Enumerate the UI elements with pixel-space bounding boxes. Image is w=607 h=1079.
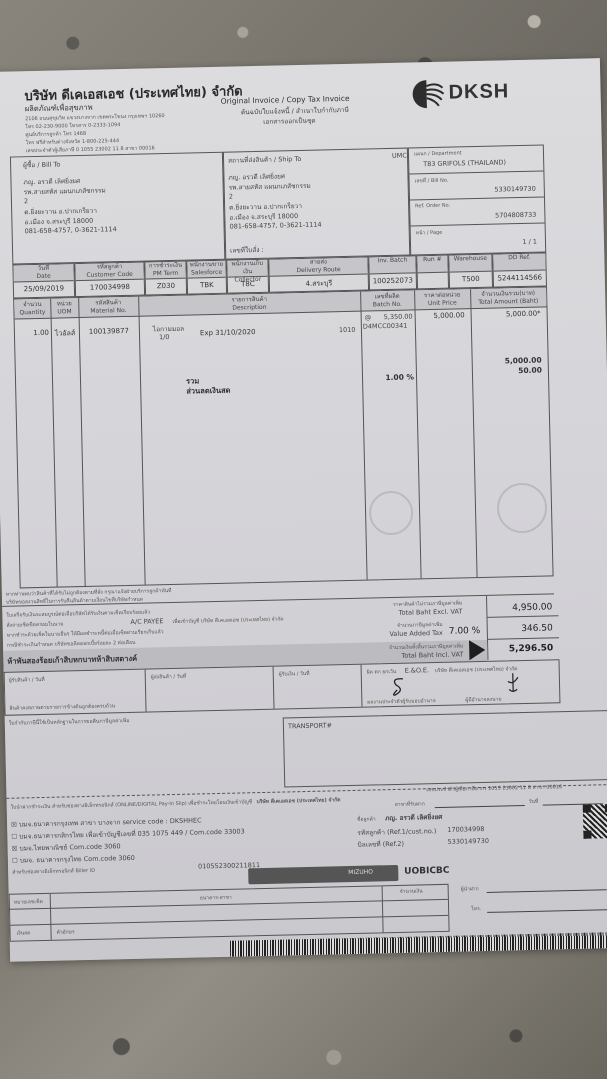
meta-cell: วันที่Date25/09/2019 xyxy=(12,263,75,298)
ship-to-extra: เลขที่ใบสั่ง : xyxy=(230,245,264,256)
items-header-cell: รหัสสินค้าMaterial No. xyxy=(78,297,138,318)
meta-value: TBK xyxy=(188,278,226,290)
vat-value: 346.50 xyxy=(487,623,553,634)
transport-label: TRANSPORT# xyxy=(288,721,332,730)
deposit-header-bank: ธนาคาร-สาขา xyxy=(200,894,232,903)
col-divider xyxy=(414,290,422,578)
dksh-logo-text: DKSH xyxy=(448,80,509,104)
meta-header: การชำระเงินPM Term xyxy=(145,262,185,280)
depositor-label: ผู้นำฝาก xyxy=(461,885,479,893)
meta-cell: พนักงานขายSalesforceTBK xyxy=(186,260,227,295)
items-table: จำนวนQuantityหน่วยUOMรหัสสินค้าMaterial … xyxy=(13,286,553,588)
items-header-en: Material No. xyxy=(78,307,138,316)
ship-to-phone: 081-658-4757, 0-3621-1114 xyxy=(229,221,321,231)
payment-note-1: ใบเสร็จรับเงินจะสมบูรณ์ต่อเมื่อบริษัทได้… xyxy=(6,609,150,620)
sig-goods-note: สินค้าคงสภาพตามรายการข้างต้นถูกต้องครบถ้… xyxy=(9,702,115,712)
meta-cell: WarehouseT500 xyxy=(448,254,493,289)
eoe-label: E.&O.E. xyxy=(405,666,430,675)
phone-label: โทร. xyxy=(471,905,481,913)
bank-1-text: บมจ.ธนาคารกรุงเทพ สาขา บางจาก service co… xyxy=(19,816,202,828)
items-header-cell: เลขที่ผลิตBatch No. xyxy=(360,290,414,311)
item-quantity: 1.00 xyxy=(15,329,49,338)
branch-line xyxy=(435,805,525,808)
ref2-value: 5330149730 xyxy=(447,837,489,846)
excl-vat-label-en: Total Baht Excl. VAT xyxy=(342,607,462,618)
meta-value: 25/09/2019 xyxy=(14,281,74,293)
deposit-header-amount: จำนวนเงิน xyxy=(400,887,423,896)
meta-header: พนักงานเก็บเงินCollector xyxy=(227,260,267,278)
ship-to-line2: 2 xyxy=(229,193,233,201)
doc-title-th-2: เอกสารออกเป็นชุด xyxy=(263,116,316,127)
col-line xyxy=(50,894,52,940)
biller-label: สำหรับช่องทางอิเล็กทรอนิกส์ Biller ID xyxy=(12,867,95,877)
col-divider xyxy=(50,299,58,587)
meta-header-en: Run # xyxy=(417,256,447,265)
items-header-cell: หน่วยUOM xyxy=(50,298,78,319)
cash-label: เงินสด xyxy=(16,929,30,937)
payment-note-2b: เพื่อเข้าบัญชี บริษัท ดีเคเอสเอช (ประเทศ… xyxy=(172,615,283,626)
payin-tax-id: เลขประจำตัวผู้เสียภาษีอากร 1055 23002 11… xyxy=(426,783,562,794)
meta-header-th: พนักงานเก็บเงิน xyxy=(227,260,267,277)
item-batch-price: 5,350.00 xyxy=(375,312,413,321)
meta-cell: Run # xyxy=(416,255,449,290)
payin-company: บริษัท ดีเคเอสเอช (ประเทศไทย) จำกัด xyxy=(257,796,341,806)
sig-divider xyxy=(273,667,275,709)
bill-no-value: 5330149730 xyxy=(494,185,536,194)
items-header-en: Unit Price xyxy=(414,299,470,308)
note-line-2: บริษัทขอสงวนสิทธิ์ในการรับคืนสินค้าตามเง… xyxy=(6,596,143,607)
invoice-paper: บริษัท ดีเคเอสเอช (ประเทศไทย) จำกัด ผลิต… xyxy=(0,58,607,962)
ship-to-org: รพ.สายสหัส แผนกเภสัชกรรม xyxy=(229,181,311,193)
deposit-header-cheque: หมายเลขเช็ค xyxy=(14,898,43,907)
col-divider xyxy=(360,292,368,580)
summary-total-value: 5,000.00 xyxy=(472,356,542,367)
meta-cell: รหัสลูกค้าCustomer Code170034998 xyxy=(74,262,145,298)
words-label: ตัวอักษร xyxy=(56,928,74,936)
ref1-value: 170034998 xyxy=(447,825,484,834)
payee-label: A/C PAYEE xyxy=(130,617,163,626)
col-divider xyxy=(138,297,146,585)
quality-stamp-icon xyxy=(369,491,414,536)
items-header-cell: รายการสินค้าDescription xyxy=(138,292,360,317)
deposit-table: หมายเลขเช็ค ธนาคาร-สาขา จำนวนเงิน เงินสด… xyxy=(9,884,450,942)
meta-header: Run # xyxy=(417,256,447,274)
incl-vat-label-en: Total Baht Incl. VAT xyxy=(343,650,463,661)
item-exp: Exp 31/10/2020 xyxy=(200,328,256,337)
incl-vat-value: 5,296.50 xyxy=(487,643,553,654)
bill-to-line2: 2 xyxy=(24,197,28,205)
department-label: แผนก / Department xyxy=(414,149,462,158)
meta-cell: พนักงานเก็บเงินCollectorT8C xyxy=(226,259,269,294)
col-divider xyxy=(470,289,478,577)
ref-order-label: Ref. Order No. xyxy=(415,203,450,210)
item-batch-no: D4MCC00341 xyxy=(363,322,408,331)
customer-name-label: ชื่อลูกค้า xyxy=(357,815,376,823)
meta-value xyxy=(418,273,448,277)
bank-logos-strip: MIZUHO xyxy=(248,865,398,884)
sig-receiver-label: ผู้รับสินค้า / วันที่ xyxy=(9,676,45,685)
page-value: 1 / 1 xyxy=(522,238,537,246)
meta-value: 4.สระบุรี xyxy=(270,274,368,290)
amount-in-words: ห้าพันสองร้อยเก้าสิบหกบาทห้าสิบสตางค์ xyxy=(7,653,137,668)
uob-logo-text: UOBICBC xyxy=(404,866,449,877)
bill-to-phone: 081-658-4757, 0-3621-1114 xyxy=(25,225,117,235)
vat-rate: 7.00 % xyxy=(449,626,481,637)
bank-option-4: ☐ บมจ. ธนาคารกรุงไทย Com.code 3060 xyxy=(12,853,135,866)
item-unit-price: 5,000.00 xyxy=(415,311,465,320)
col-line xyxy=(382,886,384,932)
total-arrow-icon xyxy=(469,640,485,660)
item-total: 5,000.00* xyxy=(471,310,541,320)
meta-header: รหัสลูกค้าCustomer Code xyxy=(75,263,143,282)
payment-note-2: สั่งจ่ายเช็คขีดคร่อมในนาม xyxy=(6,620,63,629)
sig-sender-label: ผู้ส่งสินค้า / วันที่ xyxy=(151,673,187,682)
ref1-label: รหัสลูกค้า (Ref.1/cust.no.) xyxy=(357,826,436,838)
meta-header: Inv. Batch xyxy=(369,256,415,274)
vat-note: ใบกำกับภาษีนี้ใช้เป็นหลักฐานในการขอคืนภา… xyxy=(9,717,130,728)
meta-header-en: Warehouse xyxy=(449,255,491,264)
payment-note-3: หากชำระด้วยเช็คในนามอื่นๆ ให้มีผลชำระหนี… xyxy=(7,628,164,640)
doc-title-en: Original Invoice / Copy Tax Invoice xyxy=(221,94,350,106)
bank-3-text: บมจ.ไทยพาณิชย์ Com.code 3060 xyxy=(19,842,120,852)
excl-vat-value: 4,950.00 xyxy=(486,602,552,613)
payin-branch-label: สาขาที่รับฝาก xyxy=(395,800,425,809)
item-uom: ไวอัลส์ xyxy=(55,328,75,339)
sig-right-caption: ผู้มีอำนาจลงนาม xyxy=(465,696,501,705)
items-header-cell: จำนวนQuantity xyxy=(14,299,50,320)
items-header-en: Total Amount (Baht) xyxy=(470,297,546,307)
sig-divider xyxy=(361,665,363,707)
meta-header: DD Ref. xyxy=(493,253,545,271)
summary-discount-label: ส่วนลดเงินสด xyxy=(186,385,230,398)
bill-to-label: ผู้ซื้อ / Bill To xyxy=(23,159,60,170)
meta-cell: DD Ref.5244114566 xyxy=(492,252,547,287)
meta-header: วันที่Date xyxy=(13,264,73,282)
items-header-cell: ราคาต่อหน่วยUnit Price xyxy=(414,289,470,310)
ship-to-box: สถานที่ส่งสินค้า / Ship To ภญ. อรวดี เลิ… xyxy=(223,148,410,260)
meta-header-en: Customer Code xyxy=(76,271,144,281)
sig-divider xyxy=(145,670,147,712)
bank-4-text: บมจ. ธนาคารกรุงไทย Com.code 3060 xyxy=(20,854,135,865)
umc-label: UMC xyxy=(392,152,407,160)
department-value: T83 GRIFOLS (THAILAND) xyxy=(423,158,506,168)
ref2-label: บิลเลขที่ (Ref.2) xyxy=(358,839,405,850)
invoice-info-box: แผนก / Department T83 GRIFOLS (THAILAND)… xyxy=(408,144,546,255)
meta-value: 100252073 xyxy=(370,273,416,285)
ship-to-label: สถานที่ส่งสินค้า / Ship To xyxy=(228,154,301,166)
payin-date-label: วันที่ xyxy=(529,798,539,806)
meta-value: 170034998 xyxy=(76,280,144,293)
meta-cell: การชำระเงินPM TermZ030 xyxy=(144,261,187,296)
depositor-line xyxy=(487,889,607,893)
meta-header-en: PM Term xyxy=(146,270,186,279)
items-header-en: Quantity xyxy=(14,309,50,318)
meta-header-en: Inv. Batch xyxy=(369,256,415,265)
bill-to-org: รพ.สายสหัส แผนกเภสัชกรรม xyxy=(24,185,106,197)
item-material-no: 100139877 xyxy=(79,327,139,336)
meta-header-en: DD Ref. xyxy=(493,253,545,262)
meta-header-en: Date xyxy=(14,272,74,281)
sig-collector-label: ผู้รับเงิน / วันที่ xyxy=(279,670,310,679)
quality-stamp-icon xyxy=(496,482,547,533)
page-label: หน้า / Page xyxy=(416,229,443,238)
signature-mark-icon xyxy=(389,676,409,698)
customer-name: ภญ. อรวดี เลิศยิ่งยศ xyxy=(385,812,443,823)
mizuho-logo-text: MIZUHO xyxy=(348,869,373,877)
bill-to-box: ผู้ซื้อ / Bill To ภญ. อรวดี เลิศยิ่งยศ ร… xyxy=(10,152,225,265)
vat-label-en: Value Added Tax xyxy=(343,629,443,639)
meta-header: Warehouse xyxy=(449,255,491,273)
barcode xyxy=(230,932,607,957)
col-divider xyxy=(78,298,86,586)
item-batch-at: @ xyxy=(365,313,372,321)
bank-2-text: บมจ.ธนาคารกสิกรไทย เพื่อเข้าบัญชีเลขที่ … xyxy=(19,827,245,840)
items-header-en: Batch No. xyxy=(360,300,414,309)
bill-no-label: เลขที่ / Bill No. xyxy=(415,177,449,186)
items-header-en: UOM xyxy=(50,308,78,317)
summary-discount-value: 50.00 xyxy=(472,366,542,377)
dksh-palm-logo-icon xyxy=(408,78,445,111)
meta-value: T500 xyxy=(450,272,492,284)
sig-left-caption: ผลงานประจำตัวผู้รับมอบอำนาจ xyxy=(367,697,435,707)
meta-header-en: Salesforce xyxy=(188,269,226,278)
transport-box: TRANSPORT# xyxy=(283,710,607,787)
payin-intro: ใบนำฝากชำระเงิน สำหรับช่องทางอิเล็กทรอนิ… xyxy=(11,798,253,811)
meta-value: Z030 xyxy=(146,279,186,291)
item-code: 1010 xyxy=(339,326,356,334)
ref-order-value: 5704808733 xyxy=(495,211,537,220)
items-header-cell: จำนวนเงินรวม(บาท)Total Amount (Baht) xyxy=(470,287,546,309)
signature-mark-icon xyxy=(505,671,522,695)
phone-line xyxy=(487,909,607,913)
meta-value: 5244114566 xyxy=(494,270,546,282)
item-desc-2: 1/0 xyxy=(159,333,170,341)
bank-option-3: ☒ บมจ.ไทยพาณิชย์ Com.code 3060 xyxy=(12,841,121,853)
meta-cell: Inv. Batch100252073 xyxy=(368,255,417,290)
summary-discount-pct: 1.00 % xyxy=(362,372,414,382)
meta-header: พนักงานขายSalesforce xyxy=(187,261,225,279)
qr-code-icon xyxy=(583,804,607,839)
meta-cell: สายส่งDelivery Route4.สระบุรี xyxy=(268,256,369,292)
